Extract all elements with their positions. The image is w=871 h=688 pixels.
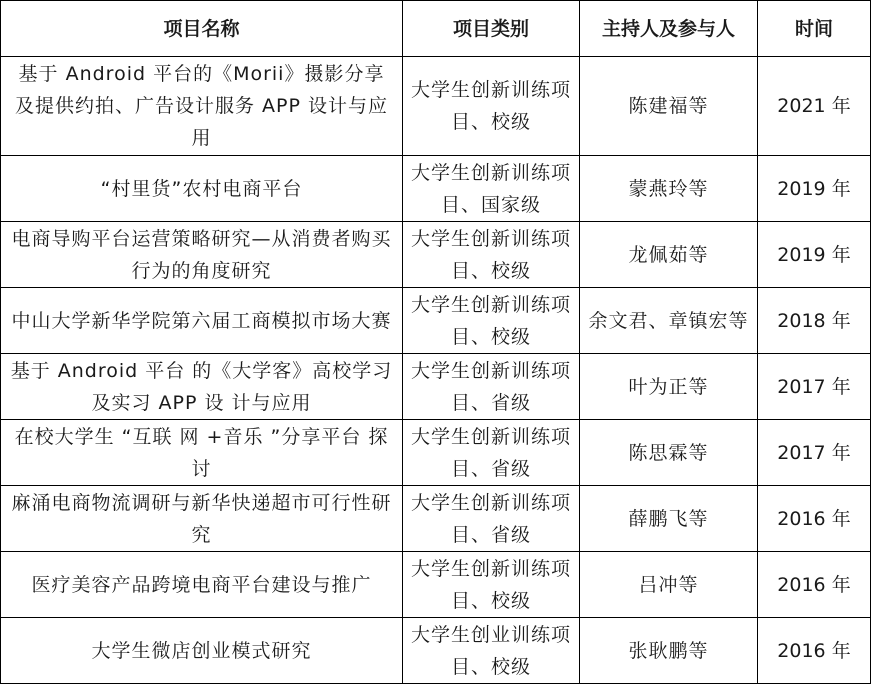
people-cell: 张耿鹏等 (580, 618, 758, 684)
year-cell: 2021 年 (758, 57, 871, 156)
project-type-cell: 大学生创业训练项目、校级 (403, 618, 580, 684)
table-row: 电商导购平台运营策略研究—从消费者购买行为的角度研究 大学生创新训练项目、校级 … (1, 222, 871, 288)
project-type-cell: 大学生创新训练项目、校级 (403, 552, 580, 618)
header-row: 项目名称 项目类别 主持人及参与人 时间 (1, 1, 871, 57)
project-type-cell: 大学生创新训练项目、校级 (403, 57, 580, 156)
table-row: 大学生微店创业模式研究 大学生创业训练项目、校级 张耿鹏等 2016 年 (1, 618, 871, 684)
year-cell: 2017 年 (758, 420, 871, 486)
people-cell: 龙佩茹等 (580, 222, 758, 288)
project-name-cell: 电商导购平台运营策略研究—从消费者购买行为的角度研究 (1, 222, 403, 288)
people-cell: 余文君、章镇宏等 (580, 288, 758, 354)
people-cell: 薛鹏飞等 (580, 486, 758, 552)
table-row: 在校大学生 “互联 网 +音乐 ”分享平台 探讨 大学生创新训练项目、省级 陈思… (1, 420, 871, 486)
project-name-cell: 基于 Android 平台的《Morii》摄影分享及提供约拍、广告设计服务 AP… (1, 57, 403, 156)
year-cell: 2019 年 (758, 222, 871, 288)
project-type-cell: 大学生创新训练项目、省级 (403, 420, 580, 486)
year-cell: 2019 年 (758, 156, 871, 222)
project-type-cell: 大学生创新训练项目、省级 (403, 354, 580, 420)
year-cell: 2016 年 (758, 486, 871, 552)
year-cell: 2016 年 (758, 552, 871, 618)
year-cell: 2017 年 (758, 354, 871, 420)
project-name-cell: “村里货”农村电商平台 (1, 156, 403, 222)
project-name-cell: 在校大学生 “互联 网 +音乐 ”分享平台 探讨 (1, 420, 403, 486)
header-year: 时间 (758, 1, 871, 57)
header-project-name: 项目名称 (1, 1, 403, 57)
project-type-cell: 大学生创新训练项目、省级 (403, 486, 580, 552)
table-row: 中山大学新华学院第六届工商模拟市场大赛 大学生创新训练项目、校级 余文君、章镇宏… (1, 288, 871, 354)
header-project-type: 项目类别 (403, 1, 580, 57)
project-name-cell: 医疗美容产品跨境电商平台建设与推广 (1, 552, 403, 618)
people-cell: 蒙燕玲等 (580, 156, 758, 222)
project-name-cell: 麻涌电商物流调研与新华快递超市可行性研究 (1, 486, 403, 552)
project-name-cell: 大学生微店创业模式研究 (1, 618, 403, 684)
projects-table: 项目名称 项目类别 主持人及参与人 时间 基于 Android 平台的《Mori… (0, 0, 871, 684)
year-cell: 2016 年 (758, 618, 871, 684)
project-type-cell: 大学生创新训练项目、校级 (403, 288, 580, 354)
table-row: 医疗美容产品跨境电商平台建设与推广 大学生创新训练项目、校级 吕冲等 2016 … (1, 552, 871, 618)
project-type-cell: 大学生创新训练项目、国家级 (403, 156, 580, 222)
table-row: 麻涌电商物流调研与新华快递超市可行性研究 大学生创新训练项目、省级 薛鹏飞等 2… (1, 486, 871, 552)
project-name-cell: 基于 Android 平台 的《大学客》高校学习及实习 APP 设 计与应用 (1, 354, 403, 420)
people-cell: 陈思霖等 (580, 420, 758, 486)
people-cell: 陈建福等 (580, 57, 758, 156)
table-row: 基于 Android 平台的《Morii》摄影分享及提供约拍、广告设计服务 AP… (1, 57, 871, 156)
header-people: 主持人及参与人 (580, 1, 758, 57)
table-row: 基于 Android 平台 的《大学客》高校学习及实习 APP 设 计与应用 大… (1, 354, 871, 420)
year-cell: 2018 年 (758, 288, 871, 354)
project-name-cell: 中山大学新华学院第六届工商模拟市场大赛 (1, 288, 403, 354)
project-type-cell: 大学生创新训练项目、校级 (403, 222, 580, 288)
table-row: “村里货”农村电商平台 大学生创新训练项目、国家级 蒙燕玲等 2019 年 (1, 156, 871, 222)
people-cell: 吕冲等 (580, 552, 758, 618)
people-cell: 叶为正等 (580, 354, 758, 420)
